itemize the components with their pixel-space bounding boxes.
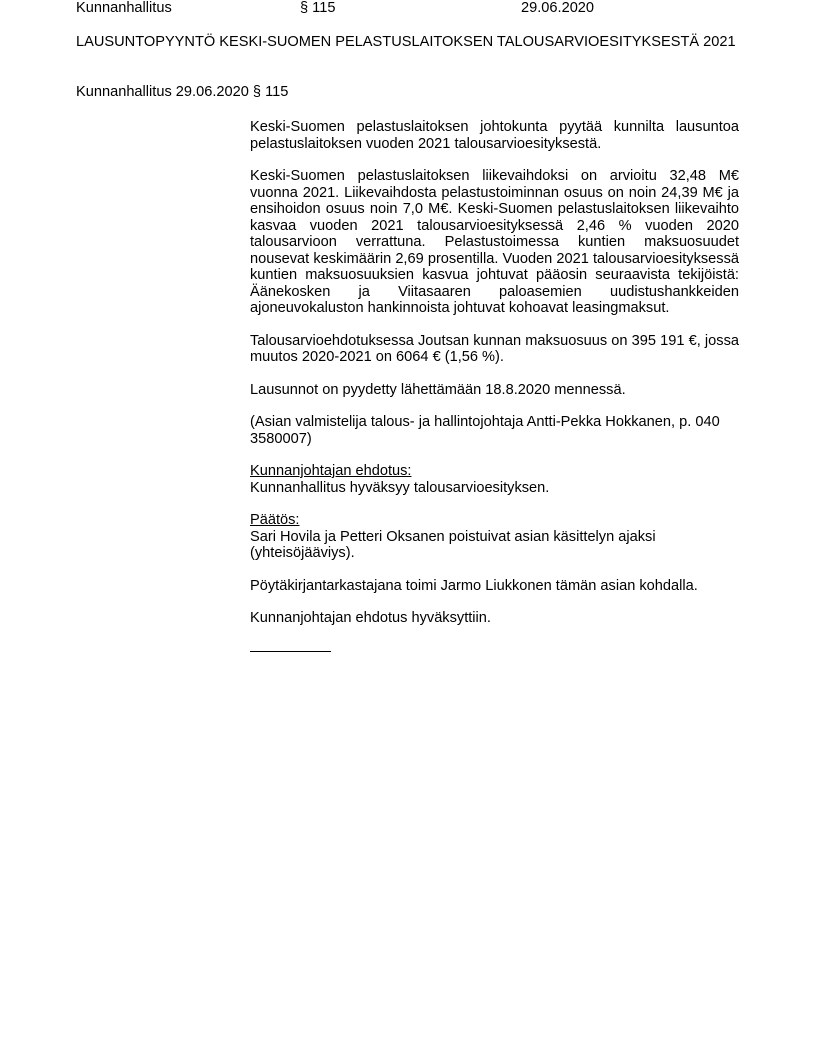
paragraph-examiner: Pöytäkirjantarkastajana toimi Jarmo Liuk… [250, 578, 739, 595]
decision-section: Päätös: Sari Hovila ja Petteri Oksanen p… [250, 512, 739, 562]
signature-line [250, 641, 331, 652]
proposal-section: Kunnanjohtajan ehdotus: Kunnanhallitus h… [250, 463, 739, 496]
proposal-text: Kunnanhallitus hyväksyy talousarvioesity… [250, 480, 549, 496]
header-date: 29.06.2020 [521, 0, 594, 17]
paragraph-request: Keski-Suomen pelastuslaitoksen johtokunt… [250, 119, 739, 152]
meeting-reference: Kunnanhallitus 29.06.2020 § 115 [76, 84, 288, 101]
decision-heading: Päätös: [250, 512, 739, 529]
paragraph-joutsa-share: Talousarvioehdotuksessa Joutsan kunnan m… [250, 333, 739, 366]
header-organ: Kunnanhallitus [76, 0, 172, 17]
paragraph-turnover: Keski-Suomen pelastuslaitoksen liikevaih… [250, 168, 739, 317]
paragraph-deadline: Lausunnot on pyydetty lähettämään 18.8.2… [250, 382, 739, 399]
item-body: Keski-Suomen pelastuslaitoksen johtokunt… [250, 119, 739, 652]
decision-text: Sari Hovila ja Petteri Oksanen poistuiva… [250, 529, 656, 562]
header-paragraph: § 115 [300, 0, 335, 17]
proposal-heading: Kunnanjohtajan ehdotus: [250, 463, 739, 480]
paragraph-approved: Kunnanjohtajan ehdotus hyväksyttiin. [250, 610, 739, 627]
item-title: LAUSUNTOPYYNTÖ KESKI-SUOMEN PELASTUSLAIT… [76, 34, 736, 51]
document-header: Kunnanhallitus § 115 29.06.2020 [76, 0, 776, 17]
paragraph-preparer: (Asian valmistelija talous- ja hallintoj… [250, 414, 739, 447]
